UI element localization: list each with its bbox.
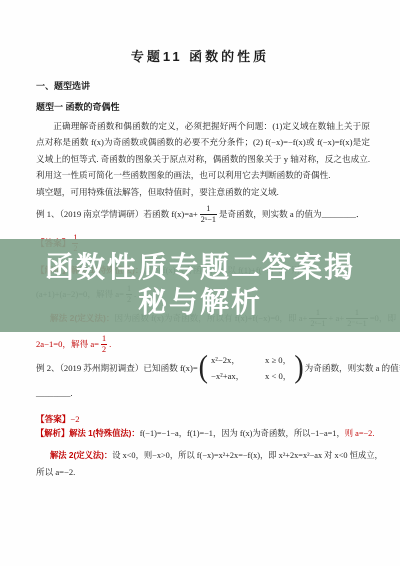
- piecewise-case-1: x²−2x， x ≥ 0，: [211, 354, 291, 366]
- piecewise-case-2: −x²+ax， x < 0，: [211, 370, 291, 382]
- analysis-label: 【解析】: [36, 427, 69, 439]
- fraction-1-over-2x-minus-1: 1 2ˣ−1: [200, 204, 217, 224]
- piecewise-function: ( x²−2x， x ≥ 0， −x²+ax， x < 0， ): [198, 354, 305, 382]
- example2-lead: 例 2、（2019 苏州期初调查）已知函数 f(x)=: [36, 362, 198, 374]
- left-paren: (: [199, 354, 208, 382]
- method1-label: 解法 1(特殊值法)：: [69, 427, 140, 439]
- method2-text: 设 x<0，则−x>0，所以 f(−x)=x²+2x=−f(x)，即 x²+2x…: [112, 449, 383, 461]
- example1-conclusion: 2a−1=0，解得 a= 1 2 .: [36, 334, 111, 354]
- example2-question: 例 2、（2019 苏州期初调查）已知函数 f(x)= ( x²−2x， x ≥…: [36, 352, 400, 384]
- piecewise-cases: x²−2x， x ≥ 0， −x²+ax， x < 0，: [209, 354, 293, 382]
- right-paren: ): [294, 354, 303, 382]
- example1-answer-blank: ________: [322, 209, 356, 219]
- example1-period: ．: [356, 208, 365, 220]
- fraction-numerator: 1: [206, 204, 210, 213]
- topic-heading: 题型一 函数的奇偶性: [36, 100, 120, 113]
- section-heading: 一、题型选讲: [36, 79, 90, 92]
- banner-line2: 秘与解析: [138, 286, 262, 321]
- example1-question: 例 1、（2019 南京学情调研）若函数 f(x)=a+ 1 2ˣ−1 是奇函数…: [36, 201, 365, 227]
- tip-line: 填空题，可用特殊值法解答，但取特值时，要注意函数的定义域.: [36, 186, 279, 198]
- example2-tail: 为奇函数，则实数 a 的值等于: [305, 362, 400, 374]
- case2-expression: −x²+ax，: [211, 370, 265, 382]
- conclusion-text: 2a−1=0，解得 a=: [36, 338, 99, 350]
- document-page: 专题11 函数的性质 一、题型选讲 题型一 函数的奇偶性 正确理解奇函数和偶函数…: [0, 0, 400, 566]
- intro-paragraph: 正确理解奇函数和偶函数的定义，必须把握好两个问题：(1)定义域在数轴上关于原点对…: [36, 118, 370, 184]
- example2-method2: 解法 2(定义法)： 设 x<0，则−x>0，所以 f(−x)=x²+2x=−f…: [50, 448, 383, 462]
- method1-text: f(−1)=−1−a，f(1)=−1，因为 f(x)为奇函数，所以−1−a=1，: [140, 427, 345, 439]
- watermark-banner: 函数性质专题二答案揭 秘与解析: [0, 239, 400, 332]
- example2-analysis: 【解析】 解法 1(特殊值法)： f(−1)=−1−a，f(1)=−1，因为 f…: [36, 426, 374, 440]
- method1-result: 则 a=−2.: [345, 427, 375, 439]
- case1-condition: x ≥ 0，: [265, 354, 291, 366]
- fraction-one-half: 1 2: [101, 334, 107, 354]
- case2-condition: x < 0，: [265, 370, 291, 382]
- example1-tail: 是奇函数，则实数 a 的值为: [219, 208, 322, 220]
- method2-label: 解法 2(定义法)：: [50, 449, 112, 461]
- fraction-denominator: 2ˣ−1: [200, 214, 217, 224]
- answer-label: 【答案】: [36, 413, 70, 425]
- doc-title: 专题11 函数的性质: [0, 46, 400, 65]
- banner-line1: 函数性质专题二答案揭: [45, 251, 355, 286]
- example1-lead: 例 1、（2019 南京学情调研）若函数 f(x)=a+: [36, 208, 198, 220]
- period: .: [109, 339, 111, 349]
- example2-conclusion: 所以 a=−2.: [36, 465, 75, 479]
- example2-answer: 【答案】 −2: [36, 412, 80, 426]
- example2-answer-blank: ________.: [36, 386, 73, 400]
- answer-value: −2: [70, 414, 79, 424]
- case1-expression: x²−2x，: [211, 354, 265, 366]
- fraction-numerator: 1: [102, 334, 106, 343]
